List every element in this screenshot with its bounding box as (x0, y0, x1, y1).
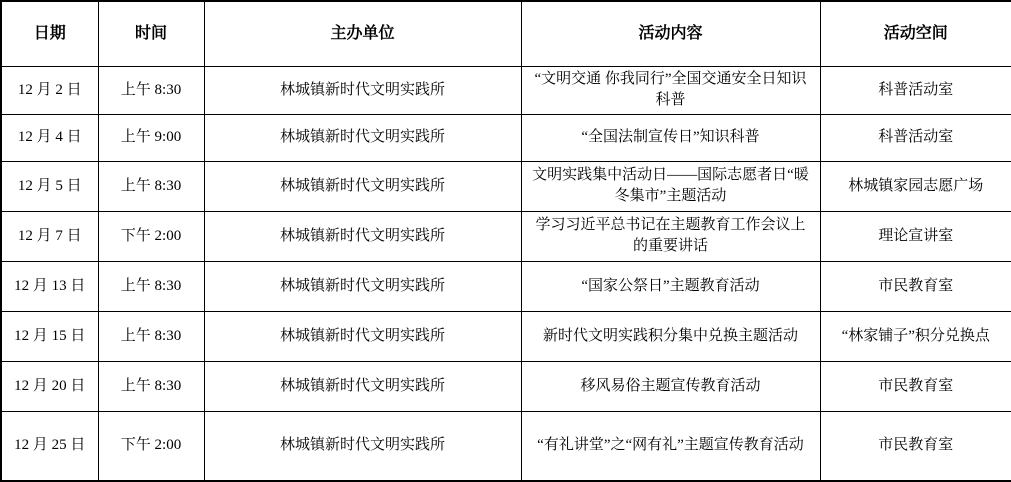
cell-time: 下午 2:00 (98, 211, 204, 261)
cell-space: 市民教育室 (820, 411, 1011, 481)
cell-date: 12 月 20 日 (1, 361, 98, 411)
cell-content: 移风易俗主题宣传教育活动 (521, 361, 820, 411)
cell-content: “文明交通 你我同行”全国交通安全日知识科普 (521, 66, 820, 114)
cell-time: 上午 8:30 (98, 161, 204, 211)
table-row: 12 月 4 日 上午 9:00 林城镇新时代文明实践所 “全国法制宣传日”知识… (1, 114, 1011, 161)
cell-space: “林家铺子”积分兑换点 (820, 311, 1011, 361)
table-row: 12 月 7 日 下午 2:00 林城镇新时代文明实践所 学习习近平总书记在主题… (1, 211, 1011, 261)
column-header-date: 日期 (1, 1, 98, 66)
cell-space: 科普活动室 (820, 114, 1011, 161)
cell-date: 12 月 2 日 (1, 66, 98, 114)
cell-space: 林城镇家园志愿广场 (820, 161, 1011, 211)
table-row: 12 月 15 日 上午 8:30 林城镇新时代文明实践所 新时代文明实践积分集… (1, 311, 1011, 361)
activity-schedule-table: 日期 时间 主办单位 活动内容 活动空间 12 月 2 日 上午 8:30 林城… (0, 0, 1011, 482)
cell-content: 新时代文明实践积分集中兑换主题活动 (521, 311, 820, 361)
cell-space: 科普活动室 (820, 66, 1011, 114)
cell-time: 上午 8:30 (98, 261, 204, 311)
cell-organizer: 林城镇新时代文明实践所 (204, 114, 521, 161)
table-row: 12 月 25 日 下午 2:00 林城镇新时代文明实践所 “有礼讲堂”之“网有… (1, 411, 1011, 481)
cell-space: 市民教育室 (820, 261, 1011, 311)
table-row: 12 月 5 日 上午 8:30 林城镇新时代文明实践所 文明实践集中活动日——… (1, 161, 1011, 211)
cell-organizer: 林城镇新时代文明实践所 (204, 411, 521, 481)
cell-organizer: 林城镇新时代文明实践所 (204, 261, 521, 311)
cell-time: 上午 8:30 (98, 361, 204, 411)
cell-organizer: 林城镇新时代文明实践所 (204, 161, 521, 211)
cell-space: 理论宣讲室 (820, 211, 1011, 261)
cell-content: 文明实践集中活动日——国际志愿者日“暖冬集市”主题活动 (521, 161, 820, 211)
cell-time: 上午 9:00 (98, 114, 204, 161)
column-header-space: 活动空间 (820, 1, 1011, 66)
column-header-time: 时间 (98, 1, 204, 66)
header-row: 日期 时间 主办单位 活动内容 活动空间 (1, 1, 1011, 66)
cell-date: 12 月 4 日 (1, 114, 98, 161)
cell-organizer: 林城镇新时代文明实践所 (204, 361, 521, 411)
cell-organizer: 林城镇新时代文明实践所 (204, 211, 521, 261)
column-header-content: 活动内容 (521, 1, 820, 66)
cell-date: 12 月 7 日 (1, 211, 98, 261)
cell-date: 12 月 13 日 (1, 261, 98, 311)
cell-date: 12 月 25 日 (1, 411, 98, 481)
table-row: 12 月 13 日 上午 8:30 林城镇新时代文明实践所 “国家公祭日”主题教… (1, 261, 1011, 311)
cell-organizer: 林城镇新时代文明实践所 (204, 311, 521, 361)
column-header-organizer: 主办单位 (204, 1, 521, 66)
cell-content: “有礼讲堂”之“网有礼”主题宣传教育活动 (521, 411, 820, 481)
cell-time: 上午 8:30 (98, 311, 204, 361)
cell-content: 学习习近平总书记在主题教育工作会议上的重要讲话 (521, 211, 820, 261)
cell-organizer: 林城镇新时代文明实践所 (204, 66, 521, 114)
cell-time: 下午 2:00 (98, 411, 204, 481)
table-row: 12 月 20 日 上午 8:30 林城镇新时代文明实践所 移风易俗主题宣传教育… (1, 361, 1011, 411)
cell-space: 市民教育室 (820, 361, 1011, 411)
cell-time: 上午 8:30 (98, 66, 204, 114)
cell-content: “国家公祭日”主题教育活动 (521, 261, 820, 311)
cell-date: 12 月 5 日 (1, 161, 98, 211)
table-row: 12 月 2 日 上午 8:30 林城镇新时代文明实践所 “文明交通 你我同行”… (1, 66, 1011, 114)
cell-date: 12 月 15 日 (1, 311, 98, 361)
cell-content: “全国法制宣传日”知识科普 (521, 114, 820, 161)
